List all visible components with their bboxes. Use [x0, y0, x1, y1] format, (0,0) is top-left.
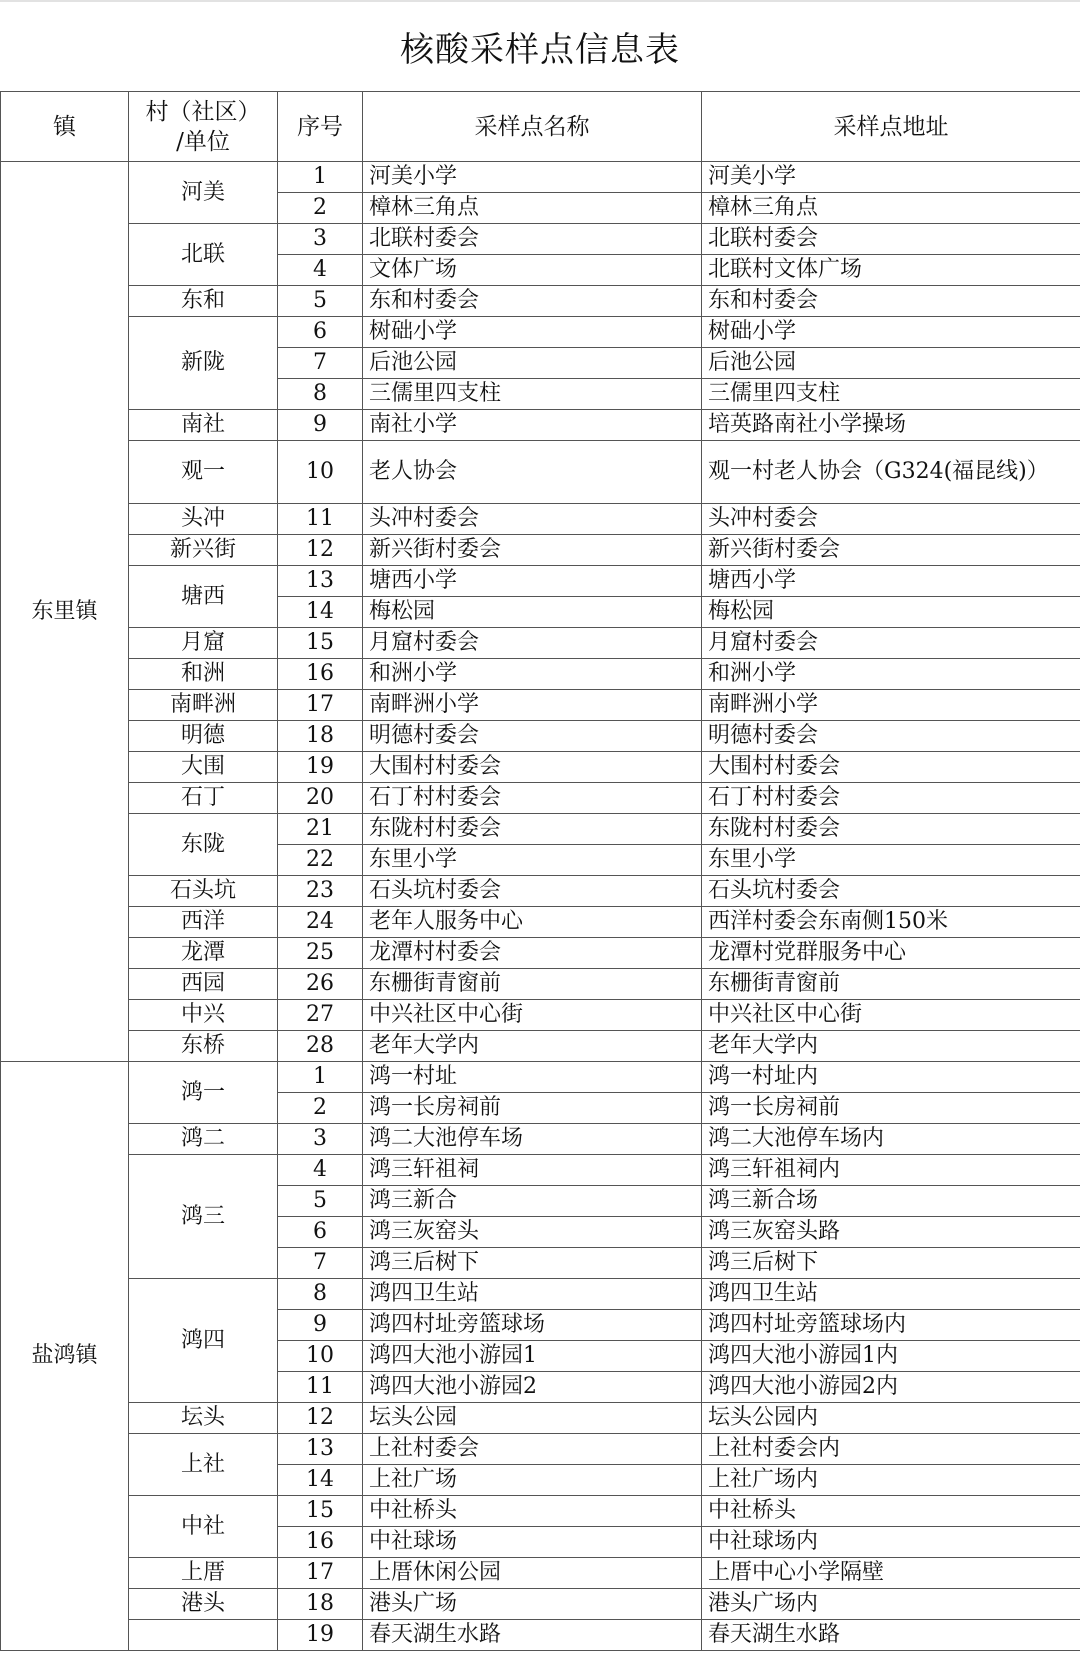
site-address-cell: 港头广场内: [702, 1589, 1080, 1620]
site-number-cell: 16: [278, 1527, 363, 1558]
table-row: 西园26东栅街青窗前东栅街青窗前: [1, 969, 1080, 1000]
site-number-cell: 1: [278, 162, 363, 193]
site-address-cell: 头冲村委会: [702, 504, 1080, 535]
site-number-cell: 4: [278, 255, 363, 286]
site-address-cell: 中社桥头: [702, 1496, 1080, 1527]
site-number-cell: 19: [278, 1620, 363, 1651]
village-cell: 石头坑: [129, 876, 278, 907]
site-name-cell: 老年人服务中心: [363, 907, 702, 938]
village-cell: 河美: [129, 162, 278, 224]
site-address-cell: 中社球场内: [702, 1527, 1080, 1558]
site-number-cell: 17: [278, 1558, 363, 1589]
site-number-cell: 14: [278, 1465, 363, 1496]
table-row: 鸿二3鸿二大池停车场鸿二大池停车场内: [1, 1124, 1080, 1155]
village-cell: 鸿一: [129, 1062, 278, 1124]
site-name-cell: 梅松园: [363, 597, 702, 628]
table-row: 港头18港头广场港头广场内: [1, 1589, 1080, 1620]
site-number-cell: 10: [278, 441, 363, 504]
table-header-row: 镇 村（社区） /单位 序号 采样点名称 采样点地址: [1, 92, 1080, 162]
site-name-cell: 东和村委会: [363, 286, 702, 317]
sampling-sites-table: 镇 村（社区） /单位 序号 采样点名称 采样点地址 东里镇河美1河美小学河美小…: [0, 91, 1080, 1651]
village-cell: 塘西: [129, 566, 278, 628]
site-name-cell: 鸿四大池小游园2: [363, 1372, 702, 1403]
site-name-cell: 樟林三角点: [363, 193, 702, 224]
site-address-cell: 鸿四大池小游园2内: [702, 1372, 1080, 1403]
site-name-cell: 鸿四大池小游园1: [363, 1341, 702, 1372]
village-cell: [129, 1620, 278, 1651]
site-name-cell: 东栅街青窗前: [363, 969, 702, 1000]
village-cell: 大围: [129, 752, 278, 783]
table-row: 南社9南社小学培英路南社小学操场: [1, 410, 1080, 441]
header-site-address: 采样点地址: [702, 92, 1080, 162]
site-address-cell: 上厝中心小学隔壁: [702, 1558, 1080, 1589]
site-name-cell: 坛头公园: [363, 1403, 702, 1434]
table-row: 中社15中社桥头中社桥头: [1, 1496, 1080, 1527]
table-row: 中兴27中兴社区中心街中兴社区中心街: [1, 1000, 1080, 1031]
table-row: 鸿三4鸿三轩祖祠鸿三轩祖祠内: [1, 1155, 1080, 1186]
site-number-cell: 10: [278, 1341, 363, 1372]
site-number-cell: 28: [278, 1031, 363, 1062]
village-cell: 和洲: [129, 659, 278, 690]
site-number-cell: 21: [278, 814, 363, 845]
site-number-cell: 18: [278, 1589, 363, 1620]
site-address-cell: 北联村文体广场: [702, 255, 1080, 286]
site-number-cell: 27: [278, 1000, 363, 1031]
site-address-cell: 鸿三轩祖祠内: [702, 1155, 1080, 1186]
village-cell: 南畔洲: [129, 690, 278, 721]
header-village: 村（社区） /单位: [129, 92, 278, 162]
site-number-cell: 8: [278, 1279, 363, 1310]
table-row: 19春天湖生水路春天湖生水路: [1, 1620, 1080, 1651]
village-cell: 新陇: [129, 317, 278, 410]
table-row: 塘西13塘西小学塘西小学: [1, 566, 1080, 597]
site-number-cell: 8: [278, 379, 363, 410]
header-village-line1: 村（社区）: [129, 97, 277, 127]
site-address-cell: 月窟村委会: [702, 628, 1080, 659]
site-address-cell: 西洋村委会东南侧150米: [702, 907, 1080, 938]
site-address-cell: 鸿四卫生站: [702, 1279, 1080, 1310]
site-name-cell: 老人协会: [363, 441, 702, 504]
site-address-cell: 河美小学: [702, 162, 1080, 193]
village-cell: 北联: [129, 224, 278, 286]
site-number-cell: 15: [278, 1496, 363, 1527]
header-village-line2: /单位: [129, 127, 277, 157]
site-name-cell: 东里小学: [363, 845, 702, 876]
village-cell: 东和: [129, 286, 278, 317]
site-address-cell: 鸿一长房祠前: [702, 1093, 1080, 1124]
site-address-cell: 樟林三角点: [702, 193, 1080, 224]
site-address-cell: 新兴街村委会: [702, 535, 1080, 566]
site-address-cell: 北联村委会: [702, 224, 1080, 255]
village-cell: 新兴街: [129, 535, 278, 566]
site-address-cell: 东陇村村委会: [702, 814, 1080, 845]
site-name-cell: 鸿三灰窑头: [363, 1217, 702, 1248]
site-address-cell: 中兴社区中心街: [702, 1000, 1080, 1031]
header-town: 镇: [1, 92, 129, 162]
table-row: 北联3北联村委会北联村委会: [1, 224, 1080, 255]
site-name-cell: 鸿一村址: [363, 1062, 702, 1093]
site-name-cell: 鸿一长房祠前: [363, 1093, 702, 1124]
table-row: 东桥28老年大学内老年大学内: [1, 1031, 1080, 1062]
site-name-cell: 树础小学: [363, 317, 702, 348]
village-cell: 月窟: [129, 628, 278, 659]
site-number-cell: 18: [278, 721, 363, 752]
site-number-cell: 20: [278, 783, 363, 814]
site-name-cell: 河美小学: [363, 162, 702, 193]
site-number-cell: 26: [278, 969, 363, 1000]
table-row: 明德18明德村委会明德村委会: [1, 721, 1080, 752]
table-row: 石丁20石丁村村委会石丁村村委会: [1, 783, 1080, 814]
site-name-cell: 鸿四卫生站: [363, 1279, 702, 1310]
site-name-cell: 鸿三新合: [363, 1186, 702, 1217]
site-address-cell: 春天湖生水路: [702, 1620, 1080, 1651]
site-name-cell: 东陇村村委会: [363, 814, 702, 845]
site-name-cell: 南社小学: [363, 410, 702, 441]
site-number-cell: 2: [278, 193, 363, 224]
site-number-cell: 5: [278, 1186, 363, 1217]
town-cell: 盐鸿镇: [1, 1062, 129, 1651]
site-name-cell: 龙潭村村委会: [363, 938, 702, 969]
site-address-cell: 东和村委会: [702, 286, 1080, 317]
site-address-cell: 鸿三新合场: [702, 1186, 1080, 1217]
village-cell: 观一: [129, 441, 278, 504]
site-name-cell: 月窟村委会: [363, 628, 702, 659]
village-cell: 明德: [129, 721, 278, 752]
site-number-cell: 19: [278, 752, 363, 783]
site-address-cell: 鸿四村址旁篮球场内: [702, 1310, 1080, 1341]
site-name-cell: 后池公园: [363, 348, 702, 379]
village-cell: 上社: [129, 1434, 278, 1496]
site-address-cell: 鸿三灰窑头路: [702, 1217, 1080, 1248]
site-number-cell: 6: [278, 317, 363, 348]
site-number-cell: 2: [278, 1093, 363, 1124]
site-number-cell: 11: [278, 504, 363, 535]
site-number-cell: 5: [278, 286, 363, 317]
site-number-cell: 25: [278, 938, 363, 969]
site-number-cell: 4: [278, 1155, 363, 1186]
site-name-cell: 石头坑村委会: [363, 876, 702, 907]
site-address-cell: 龙潭村党群服务中心: [702, 938, 1080, 969]
site-name-cell: 鸿四村址旁篮球场: [363, 1310, 702, 1341]
site-name-cell: 北联村委会: [363, 224, 702, 255]
table-row: 头冲11头冲村委会头冲村委会: [1, 504, 1080, 535]
site-number-cell: 9: [278, 410, 363, 441]
table-row: 东和5东和村委会东和村委会: [1, 286, 1080, 317]
site-number-cell: 9: [278, 1310, 363, 1341]
village-cell: 鸿四: [129, 1279, 278, 1403]
table-row: 新兴街12新兴街村委会新兴街村委会: [1, 535, 1080, 566]
table-row: 西洋24老年人服务中心西洋村委会东南侧150米: [1, 907, 1080, 938]
site-number-cell: 24: [278, 907, 363, 938]
village-cell: 西洋: [129, 907, 278, 938]
table-row: 鸿四8鸿四卫生站鸿四卫生站: [1, 1279, 1080, 1310]
site-address-cell: 观一村老人协会（G324(福昆线)）: [702, 441, 1080, 504]
site-name-cell: 鸿三后树下: [363, 1248, 702, 1279]
site-address-cell: 梅松园: [702, 597, 1080, 628]
site-address-cell: 石头坑村委会: [702, 876, 1080, 907]
village-cell: 鸿三: [129, 1155, 278, 1279]
village-cell: 中社: [129, 1496, 278, 1558]
site-address-cell: 鸿二大池停车场内: [702, 1124, 1080, 1155]
village-cell: 南社: [129, 410, 278, 441]
site-number-cell: 15: [278, 628, 363, 659]
site-name-cell: 老年大学内: [363, 1031, 702, 1062]
site-name-cell: 上厝休闲公园: [363, 1558, 702, 1589]
site-address-cell: 鸿三后树下: [702, 1248, 1080, 1279]
site-number-cell: 6: [278, 1217, 363, 1248]
site-address-cell: 鸿一村址内: [702, 1062, 1080, 1093]
site-number-cell: 3: [278, 224, 363, 255]
village-cell: 上厝: [129, 1558, 278, 1589]
site-number-cell: 16: [278, 659, 363, 690]
site-address-cell: 明德村委会: [702, 721, 1080, 752]
site-address-cell: 树础小学: [702, 317, 1080, 348]
site-name-cell: 三儒里四支柱: [363, 379, 702, 410]
site-name-cell: 上社村委会: [363, 1434, 702, 1465]
site-name-cell: 石丁村村委会: [363, 783, 702, 814]
site-name-cell: 头冲村委会: [363, 504, 702, 535]
site-address-cell: 坛头公园内: [702, 1403, 1080, 1434]
table-row: 上厝17上厝休闲公园上厝中心小学隔壁: [1, 1558, 1080, 1589]
village-cell: 龙潭: [129, 938, 278, 969]
site-number-cell: 17: [278, 690, 363, 721]
village-cell: 港头: [129, 1589, 278, 1620]
site-number-cell: 1: [278, 1062, 363, 1093]
site-number-cell: 3: [278, 1124, 363, 1155]
site-address-cell: 大围村村委会: [702, 752, 1080, 783]
site-name-cell: 鸿二大池停车场: [363, 1124, 702, 1155]
site-number-cell: 13: [278, 566, 363, 597]
site-address-cell: 三儒里四支柱: [702, 379, 1080, 410]
site-name-cell: 文体广场: [363, 255, 702, 286]
site-number-cell: 7: [278, 1248, 363, 1279]
table-row: 观一10老人协会观一村老人协会（G324(福昆线)）: [1, 441, 1080, 504]
table-row: 龙潭25龙潭村村委会龙潭村党群服务中心: [1, 938, 1080, 969]
site-name-cell: 塘西小学: [363, 566, 702, 597]
village-cell: 石丁: [129, 783, 278, 814]
site-name-cell: 港头广场: [363, 1589, 702, 1620]
site-number-cell: 12: [278, 1403, 363, 1434]
table-body: 东里镇河美1河美小学河美小学2樟林三角点樟林三角点北联3北联村委会北联村委会4文…: [1, 162, 1080, 1651]
site-address-cell: 和洲小学: [702, 659, 1080, 690]
site-address-cell: 东栅街青窗前: [702, 969, 1080, 1000]
table-row: 坛头12坛头公园坛头公园内: [1, 1403, 1080, 1434]
header-no: 序号: [278, 92, 363, 162]
table-row: 和洲16和洲小学和洲小学: [1, 659, 1080, 690]
table-row: 新陇6树础小学树础小学: [1, 317, 1080, 348]
site-address-cell: 鸿四大池小游园1内: [702, 1341, 1080, 1372]
site-number-cell: 13: [278, 1434, 363, 1465]
table-row: 上社13上社村委会上社村委会内: [1, 1434, 1080, 1465]
page-title: 核酸采样点信息表: [0, 2, 1080, 91]
village-cell: 西园: [129, 969, 278, 1000]
site-number-cell: 12: [278, 535, 363, 566]
town-cell: 东里镇: [1, 162, 129, 1062]
site-name-cell: 鸿三轩祖祠: [363, 1155, 702, 1186]
site-number-cell: 22: [278, 845, 363, 876]
site-address-cell: 上社村委会内: [702, 1434, 1080, 1465]
site-name-cell: 明德村委会: [363, 721, 702, 752]
site-number-cell: 7: [278, 348, 363, 379]
table-row: 东里镇河美1河美小学河美小学: [1, 162, 1080, 193]
site-address-cell: 东里小学: [702, 845, 1080, 876]
village-cell: 坛头: [129, 1403, 278, 1434]
site-number-cell: 23: [278, 876, 363, 907]
header-site-name: 采样点名称: [363, 92, 702, 162]
site-address-cell: 南畔洲小学: [702, 690, 1080, 721]
site-name-cell: 新兴街村委会: [363, 535, 702, 566]
village-cell: 头冲: [129, 504, 278, 535]
table-row: 大围19大围村村委会大围村村委会: [1, 752, 1080, 783]
site-name-cell: 中兴社区中心街: [363, 1000, 702, 1031]
site-name-cell: 中社桥头: [363, 1496, 702, 1527]
table-row: 南畔洲17南畔洲小学南畔洲小学: [1, 690, 1080, 721]
site-address-cell: 石丁村村委会: [702, 783, 1080, 814]
table-row: 月窟15月窟村委会月窟村委会: [1, 628, 1080, 659]
site-number-cell: 11: [278, 1372, 363, 1403]
site-number-cell: 14: [278, 597, 363, 628]
table-row: 东陇21东陇村村委会东陇村村委会: [1, 814, 1080, 845]
table-row: 盐鸿镇鸿一1鸿一村址鸿一村址内: [1, 1062, 1080, 1093]
site-address-cell: 塘西小学: [702, 566, 1080, 597]
site-name-cell: 和洲小学: [363, 659, 702, 690]
site-address-cell: 培英路南社小学操场: [702, 410, 1080, 441]
village-cell: 东桥: [129, 1031, 278, 1062]
village-cell: 中兴: [129, 1000, 278, 1031]
table-row: 石头坑23石头坑村委会石头坑村委会: [1, 876, 1080, 907]
site-name-cell: 南畔洲小学: [363, 690, 702, 721]
site-name-cell: 中社球场: [363, 1527, 702, 1558]
site-name-cell: 春天湖生水路: [363, 1620, 702, 1651]
document-page: 核酸采样点信息表 镇 村（社区） /单位 序号 采样点名称 采样点地址 东里镇河…: [0, 0, 1080, 1665]
site-name-cell: 上社广场: [363, 1465, 702, 1496]
village-cell: 鸿二: [129, 1124, 278, 1155]
site-name-cell: 大围村村委会: [363, 752, 702, 783]
site-address-cell: 上社广场内: [702, 1465, 1080, 1496]
site-address-cell: 老年大学内: [702, 1031, 1080, 1062]
village-cell: 东陇: [129, 814, 278, 876]
site-address-cell: 后池公园: [702, 348, 1080, 379]
